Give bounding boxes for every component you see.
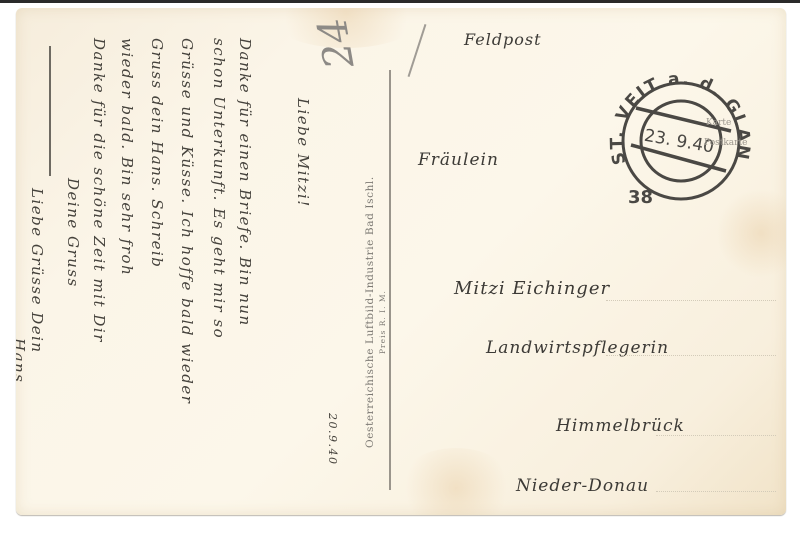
age-stain xyxy=(396,448,516,515)
address-place: Himmelbrück xyxy=(556,416,685,436)
svg-text:Postkarte: Postkarte xyxy=(704,138,747,148)
address-line xyxy=(656,435,776,436)
message-line: Liebe Grüsse Dein xyxy=(28,188,46,354)
postmark-icon: ST. VEIT a. d. GLAN 23. 9.40 38 Karte Po… xyxy=(596,63,766,213)
message-divider xyxy=(49,46,51,176)
message-line: Grüsse und Küsse. Ich hoffe bald wieder xyxy=(178,38,196,404)
address-name: Mitzi Eichinger xyxy=(454,278,610,299)
message-line: Danke für einen Briefe. Bin nun xyxy=(236,38,254,327)
message-line: wieder bald. Bin sehr froh xyxy=(118,38,136,276)
pencil-note: 24 xyxy=(309,14,363,72)
message-line: schon Unterkunft. Es geht mir so xyxy=(210,38,228,339)
postmark: ST. VEIT a. d. GLAN 23. 9.40 38 Karte Po… xyxy=(596,63,766,213)
postcard: Oesterreichische Luftbild-Industrie Bad … xyxy=(16,8,786,515)
address-region: Nieder-Donau xyxy=(516,476,649,496)
message-line: Danke für die schöne Zeit mit Dir xyxy=(90,38,108,343)
message-line: Gruss dein Hans. Schreib xyxy=(148,38,166,268)
message-signature: Hans xyxy=(16,338,28,383)
address-line xyxy=(656,491,776,492)
center-divider xyxy=(389,70,391,490)
message-salutation: Liebe Mitzi! xyxy=(294,98,312,208)
address-salutation: Fräulein xyxy=(418,150,499,170)
address-line xyxy=(606,355,776,356)
publisher-imprint: Oesterreichische Luftbild-Industrie Bad … xyxy=(364,176,376,448)
svg-text:38: 38 xyxy=(628,187,653,208)
address-line xyxy=(606,300,776,301)
service-label: Feldpost xyxy=(464,30,542,49)
scan-edge xyxy=(0,0,800,3)
price-imprint: Preis R. I. M. xyxy=(378,290,387,354)
message-line: Deine Gruss xyxy=(64,178,82,288)
message-date: 20.9.40 xyxy=(326,413,339,466)
svg-text:Karte: Karte xyxy=(706,118,731,128)
